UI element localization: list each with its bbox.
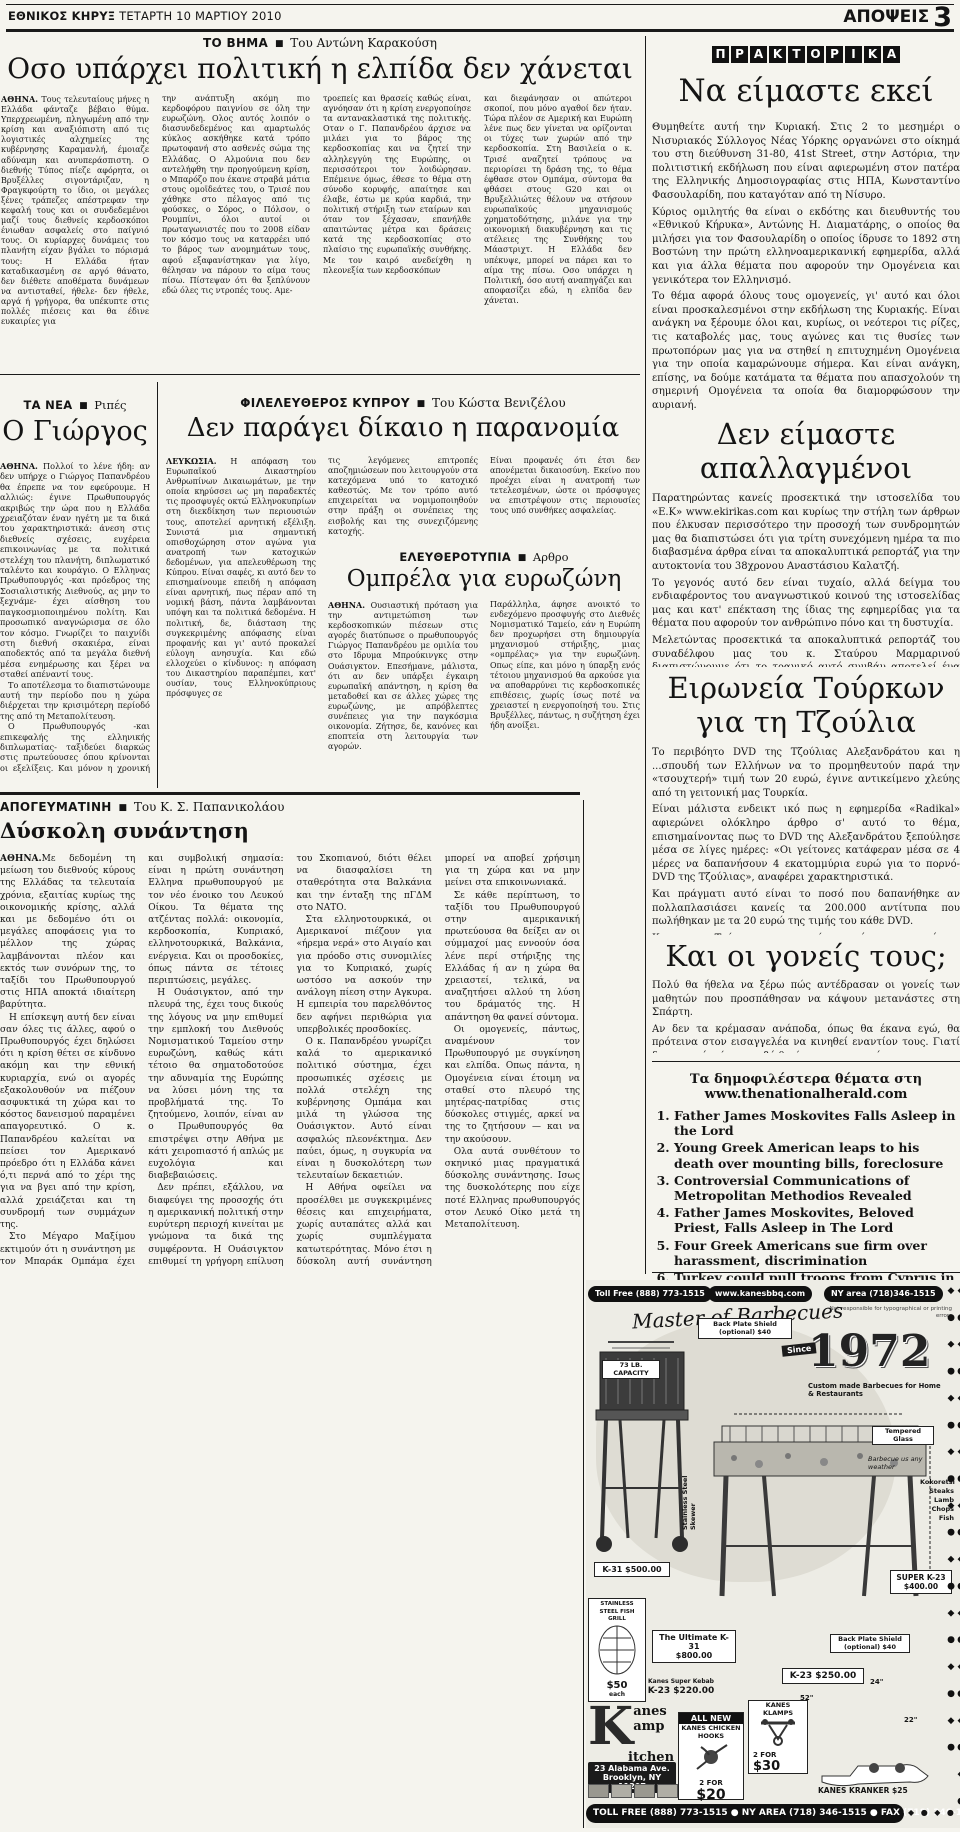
- ad-chickenhooks-box: ALL NEW KANES CHICKEN HOOKS 2 FOR $20: [678, 1712, 744, 1800]
- tovima-col-3: τροεπείς και θρασείς καθώς είναι, αγνόησ…: [323, 94, 471, 362]
- ad-fishgrill-box: STAINLESS STEEL FISH GRILL $50 each: [588, 1598, 646, 1702]
- ad-chickenhooks-price: $20: [679, 1787, 743, 1803]
- ad-fishgrill-price: $50: [591, 1680, 643, 1691]
- ad-backplate-top-label: Back Plate Shield (optional) $40: [698, 1318, 792, 1339]
- credit-card-icon: [611, 1784, 632, 1798]
- credit-card-icon: [634, 1784, 655, 1798]
- ad-klamps-name: KANES KLAMPS: [750, 1702, 806, 1717]
- masthead: ΕΘΝΙΚΟΣ ΚΗΡΥΞ ΤΕΤΑΡΤΗ 10 ΜΑΡΤΙΟΥ 2010: [8, 9, 282, 23]
- popular-item: Controversial Communications of Metropol…: [674, 1173, 960, 1203]
- square-bullet-icon: ■: [76, 401, 91, 411]
- fileleftheros-col-3: Είναι προφανές ότι έτσι δεν απονέμεται δ…: [490, 456, 640, 540]
- ad-k23-250-label: K-23 $250.00: [782, 1668, 864, 1684]
- ad-address-line1: 23 Alabama Ave.: [588, 1764, 676, 1773]
- tovima-kicker: ΤΟ ΒΗΜΑ ■ Του Αντώνη Καρακούση: [0, 36, 640, 50]
- tanea-kicker: ΤΑ ΝΕΑ ■ Ριπές: [0, 382, 150, 412]
- section-rule-1: [0, 374, 640, 375]
- tovima-dateline: ΑΘΗΝΑ.: [1, 94, 38, 104]
- tovima-author: Του Αντώνη Καρακούση: [290, 36, 437, 50]
- tanea-headline: Ο Γιώργος: [0, 416, 150, 447]
- credit-card-icon: [657, 1784, 678, 1798]
- column-divider-bottom: [583, 800, 584, 1828]
- ad-chickenhooks-price-pre: 2 FOR: [679, 1779, 743, 1787]
- praktorika-letter: Α: [883, 46, 900, 63]
- kranker-illustration: [812, 1748, 932, 1788]
- fileleftheros-dateline: ΛΕΥΚΩΣΙΑ.: [166, 456, 216, 466]
- fileleftheros-source: ΦΙΛΕΛΕΥΘΕΡΟΣ ΚΥΠΡΟΥ: [240, 396, 410, 410]
- section-title: ΑΠΟΨΕΙΣ: [843, 7, 929, 27]
- kanes-logo-line: anes: [628, 1704, 676, 1719]
- ad-ultimate-name: The Ultimate K-31: [655, 1633, 733, 1651]
- eleftherotypia-col-2: Παράλληλα, άφησε ανοικτό το ενδεχόμενο π…: [490, 600, 640, 766]
- column-divider-tanea: [157, 382, 158, 788]
- fileleftheros-author: Του Κώστα Βενιζέλου: [432, 396, 566, 410]
- ad-fishgrill-name: STAINLESS STEEL FISH GRILL: [591, 1601, 643, 1624]
- tovima-col-1: ΑΘΗΝΑ. Τους τελευταίους μήνες η Ελλάδα φ…: [1, 94, 149, 362]
- den-eimaste-body: Παρατηρώντας κανείς προσεκτικά την ιστοσ…: [652, 492, 960, 667]
- ad-bottom-contact-bar: TOLL FREE (888) 773-1515 ● NY AREA (718)…: [586, 1804, 904, 1823]
- eleftherotypia-dateline: ΑΘΗΝΑ.: [328, 600, 365, 610]
- ad-tempered-label: Tempered Glass: [872, 1426, 934, 1445]
- apogevmatini-author: Του Κ. Σ. Παπανικολάου: [134, 800, 285, 814]
- popular-item: Father James Moskovites Falls Asleep in …: [674, 1108, 960, 1138]
- article-eironeia: Ειρωνεία Τούρκων για τη Τζούλια Το περιβ…: [652, 667, 960, 935]
- praktorika-letter: Ι: [845, 46, 862, 63]
- kanes-logo-line: amp: [628, 1719, 676, 1734]
- ad-website-pill: www.kanesbbq.com: [708, 1286, 812, 1302]
- praktorika-logo: ΠΡΑΚΤΟΡΙΚΑ: [652, 46, 960, 63]
- fish-grill-illustration: [594, 1624, 640, 1676]
- article-goneis: Και οι γονείς τους; Πολύ θα ήθελα να ξέρ…: [652, 935, 960, 1053]
- kanes-bbq-ad: Toll Free (888) 773-1515 www.kanesbbq.co…: [586, 1280, 960, 1828]
- popular-title: Τα δημοφιλέστερα θέματα στη www.thenatio…: [652, 1072, 960, 1102]
- masthead-bottom-rule: [6, 29, 954, 32]
- ad-card-icons: [588, 1784, 678, 1798]
- tanea-body: ΑΘΗΝΑ. Πολλοί το λένε ήδη: αν δεν υπήρχε…: [0, 461, 150, 773]
- eironeia-body: Το περιβόητο DVD της Τζούλιας Αλεξανδράτ…: [652, 746, 960, 935]
- ad-chickenhooks-name: KANES CHICKEN HOOKS: [679, 1724, 743, 1741]
- ad-year: 1972: [808, 1326, 930, 1377]
- ad-kranker-label: KANES KRANKER $25: [818, 1786, 908, 1795]
- praktorika-letter: Κ: [769, 46, 786, 63]
- tovima-headline: Οσο υπάρχει πολιτική η ελπίδα δεν χάνετα…: [0, 52, 640, 85]
- article-fileleftheros: ΦΙΛΕΛΕΥΘΕΡΟΣ ΚΥΠΡΟΥ ■ Του Κώστα Βενιζέλο…: [166, 382, 640, 774]
- apogevmatini-source: ΑΠΟΓΕΥΜΑΤΙΝΗ: [0, 800, 112, 814]
- ad-ultimate-price: $800.00: [655, 1651, 733, 1660]
- fileleftheros-col-1: ΛΕΥΚΩΣΙΑ. Η απόφαση του Ευρωπαϊκού Δικασ…: [166, 456, 316, 774]
- credit-card-icon: [588, 1784, 609, 1798]
- praktorika-letter: Τ: [788, 46, 805, 63]
- ad-superkebab-label: Kanes Super Kebab: [648, 1678, 714, 1685]
- ad-superk23-price-label: SUPER K-23 $400.00: [890, 1570, 952, 1594]
- ad-klamps-box: KANES KLAMPS 2 FOR $30: [748, 1700, 808, 1774]
- apogevmatini-top-rule: [0, 792, 580, 795]
- na-eimaste-headline: Να είμαστε εκεί: [652, 73, 960, 109]
- ad-k23-220-label: K-23 $220.00: [646, 1686, 716, 1696]
- ad-skewer-label: Stainless Steel Skewer: [682, 1450, 697, 1530]
- kanes-logo-line: itchen: [628, 1734, 676, 1765]
- popular-top-rule: [652, 1061, 960, 1062]
- kanes-logo-k: K: [588, 1704, 633, 1750]
- tanea-source: ΤΑ ΝΕΑ: [24, 398, 73, 412]
- ad-capacity-label: 73 LB. CAPACITY: [602, 1360, 660, 1379]
- masthead-top-rule: [6, 4, 954, 5]
- ad-allnew-badge: ALL NEW: [679, 1713, 743, 1724]
- square-bullet-icon: ■: [272, 39, 287, 49]
- praktorika-letter: Α: [750, 46, 767, 63]
- ad-dim-22: 22": [904, 1716, 917, 1724]
- na-eimaste-body: Θυμηθείτε αυτή την Κυριακή. Στις 2 το με…: [652, 121, 960, 415]
- apogevmatini-headline: Δύσκολη συνάντηση: [0, 818, 580, 843]
- praktorika-column: ΠΡΑΚΤΟΡΙΚΑ Να είμαστε εκεί Θυμηθείτε αυτ…: [652, 36, 960, 1447]
- paper-name: ΕΘΝΙΚΟΣ ΚΗΡΥΞ: [8, 9, 115, 23]
- article-den-eimaste: Δεν είμαστε απαλλαγμένοι Παρατηρώντας κα…: [652, 415, 960, 667]
- square-bullet-icon: ■: [515, 553, 530, 563]
- article-tanea: ΤΑ ΝΕΑ ■ Ριπές Ο Γιώργος ΑΘΗΝΑ. Πολλοί τ…: [0, 382, 150, 773]
- tovima-col-2: την ανάπτυξη ακόμη πιο κερδοφόρου παιγνί…: [162, 94, 310, 362]
- square-bullet-icon: ■: [115, 803, 130, 813]
- square-bullet-icon: ■: [414, 399, 429, 409]
- tanea-author: Ριπές: [94, 398, 126, 412]
- ad-klamps-price: $30: [750, 1759, 806, 1774]
- eleftherotypia-kicker: ΕΛΕΥΘΕΡΟΤΥΠΙΑ ■ Αρθρο: [328, 540, 640, 564]
- eleftherotypia-source: ΕΛΕΥΘΕΡΟΤΥΠΙΑ: [399, 550, 511, 564]
- ad-dim-24: 24": [870, 1678, 883, 1686]
- tovima-source: ΤΟ ΒΗΜΑ: [203, 36, 268, 50]
- popular-item: Four Greek Americans sue firm over haras…: [674, 1238, 960, 1268]
- eleftherotypia-headline: Ομπρέλα για ευρωζώνη: [328, 566, 640, 592]
- ad-top-rule: [652, 1272, 960, 1273]
- chicken-hook-illustration: [691, 1741, 731, 1775]
- ad-klamps-price-pre: 2 FOR: [750, 1751, 806, 1759]
- praktorika-letter: Ρ: [731, 46, 748, 63]
- praktorika-letter: Ο: [807, 46, 824, 63]
- ad-diamond-chain-vertical: ◆ ● ◆ ● ◆ ● ◆ ● ◆ ● ◆ ● ◆ ● ◆ ● ◆ ● ◆ ● …: [946, 1286, 960, 1824]
- column-divider-main: [645, 36, 646, 1274]
- fileleftheros-col-2: τις λεγόμενες επιτροπές αποζημιώσεων που…: [328, 456, 478, 540]
- popular-item: Young Greek American leaps to his death …: [674, 1140, 960, 1170]
- eleftherotypia-author: Αρθρο: [533, 550, 569, 564]
- ad-backplate-mid-label: Back Plate Shield (optional) $40: [830, 1634, 910, 1653]
- den-eimaste-headline: Δεν είμαστε απαλλαγμένοι: [652, 417, 960, 485]
- popular-item: Father James Moskovites, Beloved Priest,…: [674, 1205, 960, 1235]
- fileleftheros-kicker: ΦΙΛΕΛΕΥΘΕΡΟΣ ΚΥΠΡΟΥ ■ Του Κώστα Βενιζέλο…: [166, 382, 640, 410]
- apogevmatini-kicker: ΑΠΟΓΕΥΜΑΤΙΝΗ ■ Του Κ. Σ. Παπανικολάου: [0, 800, 580, 814]
- praktorika-letter: Ρ: [826, 46, 843, 63]
- tovima-col-4: και διεφάνησαν οι απώτεροι σκοποί, που μ…: [484, 94, 632, 362]
- article-tovima: ΤΟ ΒΗΜΑ ■ Του Αντώνη Καρακούση Οσο υπάρχ…: [0, 36, 640, 362]
- praktorika-letter: Π: [712, 46, 729, 63]
- ad-k31-price-label: K-31 $500.00: [594, 1562, 670, 1577]
- ad-tollfree-pill: Toll Free (888) 773-1515: [588, 1286, 712, 1302]
- article-eleftherotypia: ΕΛΕΥΘΕΡΟΤΥΠΙΑ ■ Αρθρο Ομπρέλα για ευρωζώ…: [328, 540, 640, 766]
- ad-anyweather-label: Barbecue us any weather: [868, 1456, 938, 1471]
- goneis-body: Πολύ θα ήθελα να ξέρω πώς αντέδρασαν οι …: [652, 979, 960, 1053]
- article-na-eimaste: Να είμαστε εκεί Θυμηθείτε αυτή την Κυρια…: [652, 63, 960, 415]
- tanea-dateline: ΑΘΗΝΑ.: [0, 461, 38, 471]
- newspaper-page: ΕΘΝΙΚΟΣ ΚΗΡΥΞ ΤΕΤΑΡΤΗ 10 ΜΑΡΤΙΟΥ 2010 ΑΠ…: [0, 0, 960, 1832]
- klamp-illustration: [757, 1717, 799, 1747]
- ad-tagline: Custom made Barbecues for Home & Restaur…: [808, 1382, 948, 1398]
- eironeia-headline: Ειρωνεία Τούρκων για τη Τζούλια: [652, 671, 960, 739]
- ad-ultimate-label: The Ultimate K-31 $800.00: [652, 1630, 736, 1663]
- apogevmatini-dateline: ΑΘΗΝΑ.: [0, 854, 42, 864]
- article-apogevmatini: ΑΠΟΓΕΥΜΑΤΙΝΗ ■ Του Κ. Σ. Παπανικολάου Δύ…: [0, 800, 580, 1825]
- praktorika-letter: Κ: [864, 46, 881, 63]
- fileleftheros-headline: Δεν παράγει δίκαιο η παρανομία: [166, 413, 640, 443]
- issue-date: ΤΕΤΑΡΤΗ 10 ΜΑΡΤΙΟΥ 2010: [119, 9, 281, 23]
- eleftherotypia-col-1: ΑΘΗΝΑ. Ουσιαστική πρόταση για την αντιμε…: [328, 600, 478, 766]
- apogevmatini-body: ΑΘΗΝΑ.Με δεδομένη τη μείωση του διεθνούς…: [0, 853, 580, 1825]
- goneis-headline: Και οι γονείς τους;: [652, 939, 960, 973]
